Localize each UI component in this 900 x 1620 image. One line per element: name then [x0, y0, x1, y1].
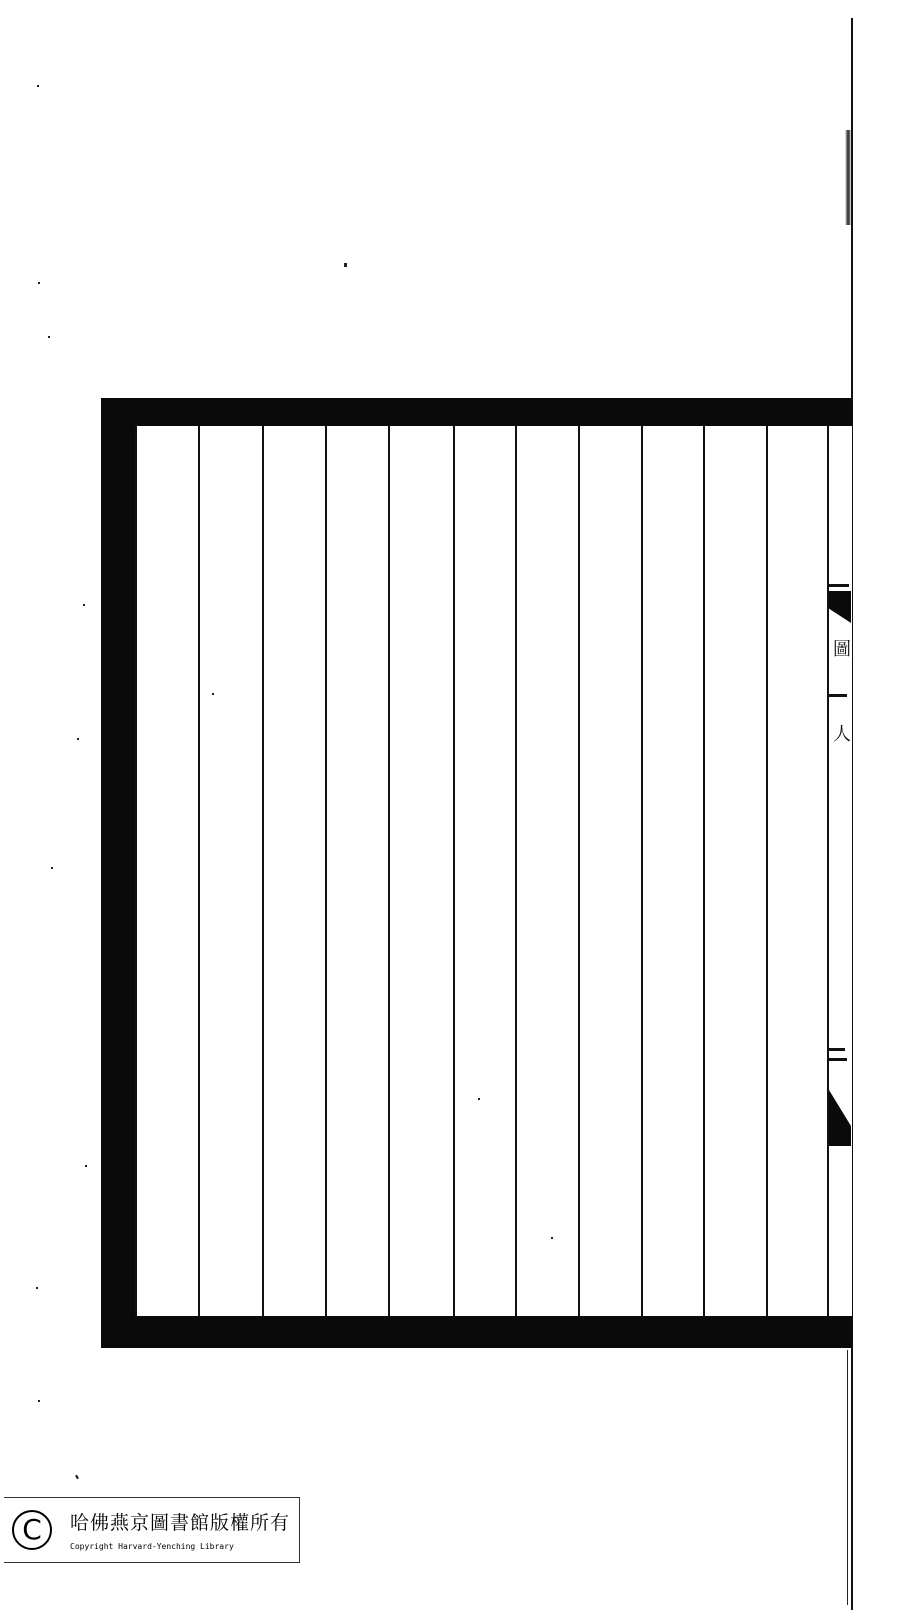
banxin-juan-glyph: 人 [833, 726, 849, 744]
column-rule [641, 426, 643, 1316]
column-rule [515, 426, 517, 1316]
banxin-title-glyph: 圖 [833, 641, 849, 659]
banxin-rule [829, 584, 849, 587]
column-rule [703, 426, 705, 1316]
copyright-stamp: C 哈佛燕京圖書館版權所有 Copyright Harvard-Yenching… [4, 1497, 300, 1563]
banxin-rule [829, 694, 847, 697]
fishtail-bottom-icon [829, 1066, 851, 1146]
column-rule [262, 426, 264, 1316]
scanned-page: 圖 人 C 哈佛燕京圖書館版權所有 Copyright Harvard-Yenc… [0, 0, 900, 1620]
column-rule [578, 426, 580, 1316]
printed-block-frame [101, 398, 852, 1348]
copyright-icon: C [12, 1510, 52, 1550]
column-rule [388, 426, 390, 1316]
frame-inner-rule [135, 426, 137, 1316]
banxin-center-column: 圖 人 [827, 426, 851, 1316]
column-rule [325, 426, 327, 1316]
copyright-text-chinese: 哈佛燕京圖書館版權所有 [70, 1508, 290, 1535]
stray-ink-mark [75, 1475, 79, 1479]
column-rule [198, 426, 200, 1316]
copyright-text-english: Copyright Harvard-Yenching Library [70, 1542, 234, 1551]
page-edge-smudge [845, 130, 851, 225]
column-rule [453, 426, 455, 1316]
banxin-rule [829, 1048, 845, 1051]
fishtail-top-icon [829, 591, 851, 623]
banxin-rule [829, 1058, 847, 1061]
page-edge-line-inner [847, 1350, 848, 1605]
column-rule [766, 426, 768, 1316]
